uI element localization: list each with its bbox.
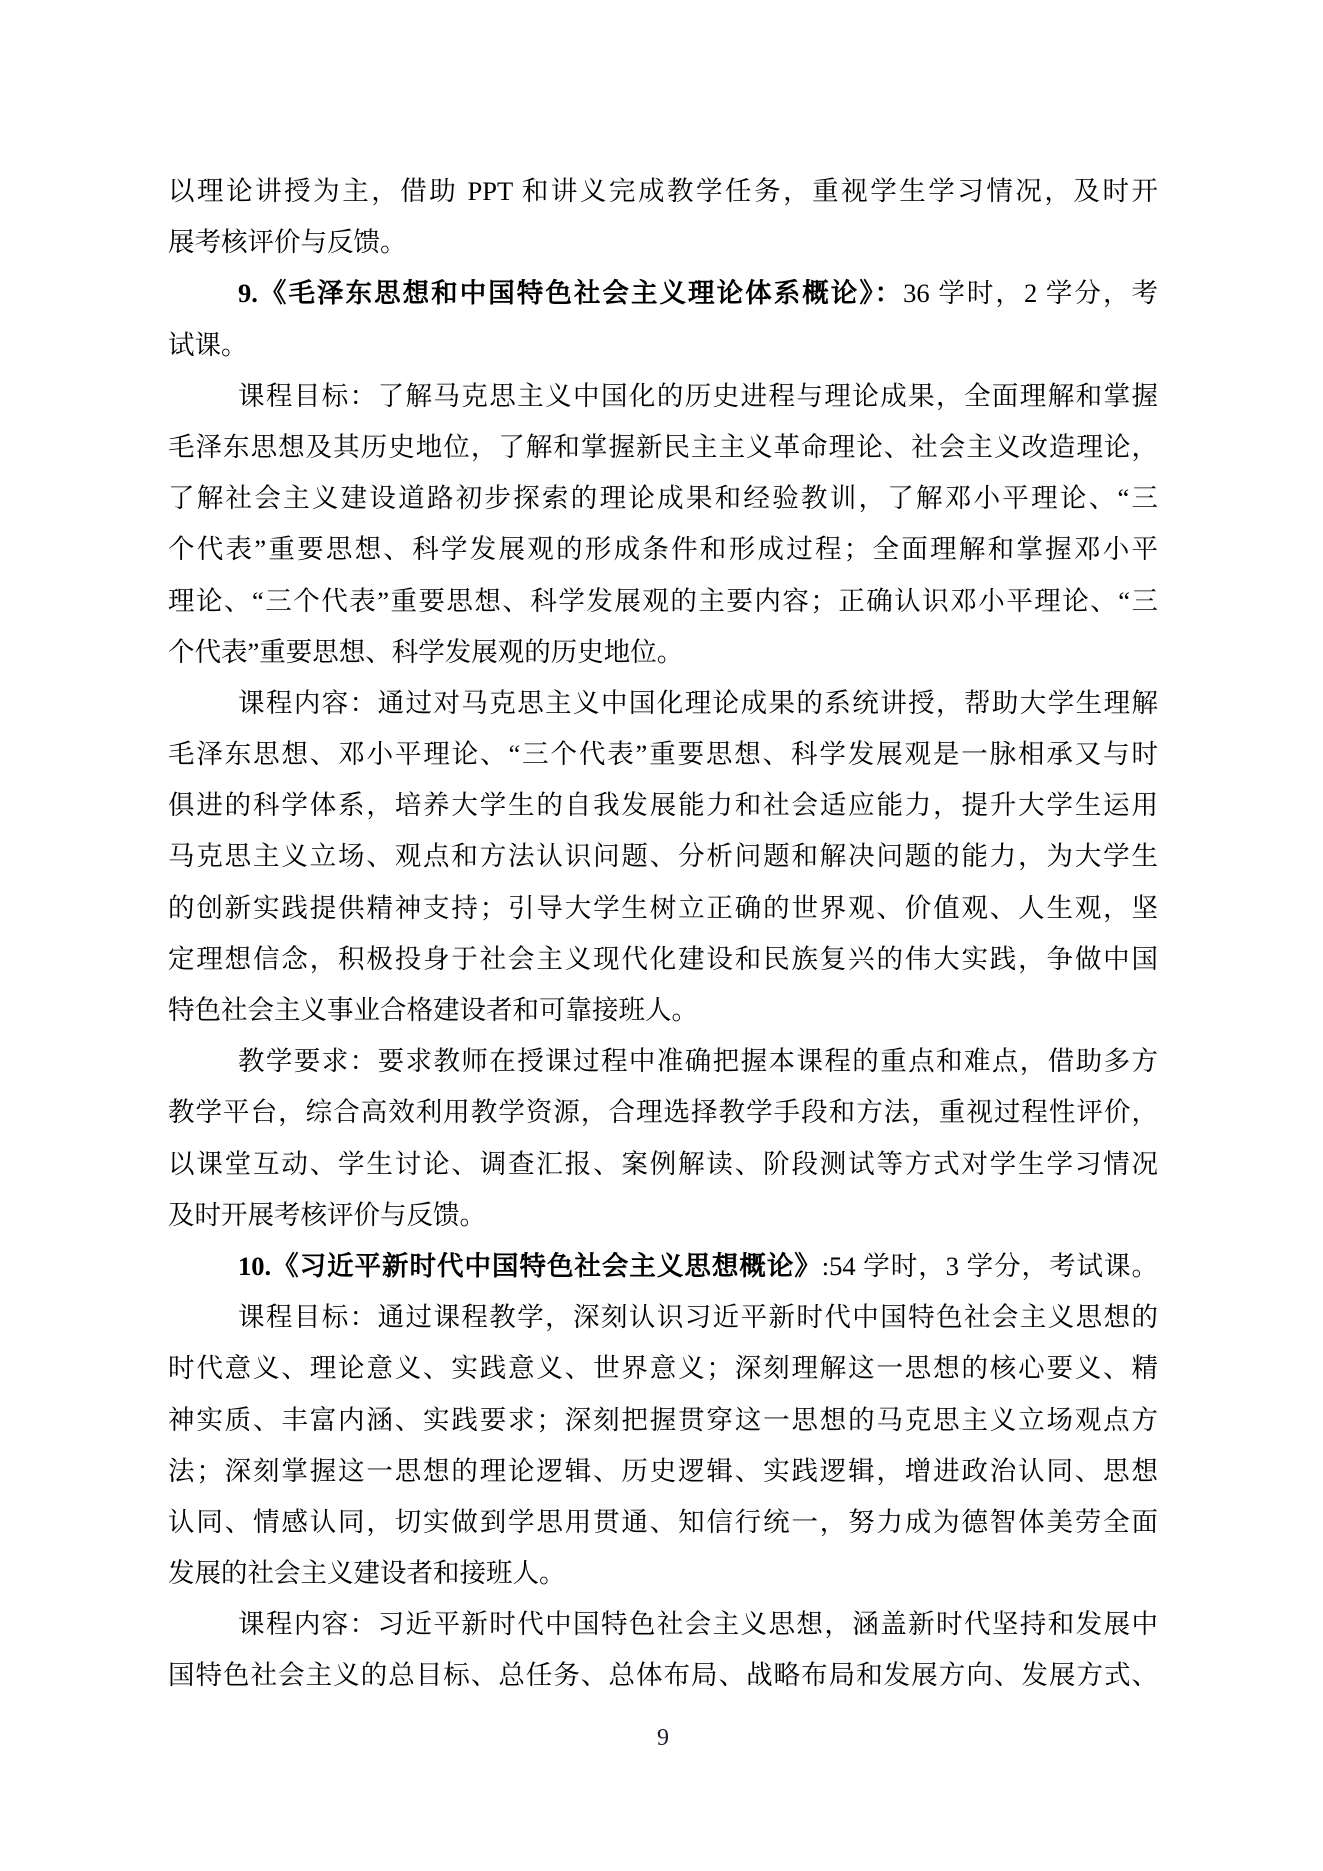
document-page: 以理论讲授为主，借助 PPT 和讲义完成教学任务，重视学生学习情况，及时开展考核… bbox=[0, 0, 1323, 1871]
document-body: 以理论讲授为主，借助 PPT 和讲义完成教学任务，重视学生学习情况，及时开展考核… bbox=[168, 166, 1158, 1702]
page-number: 9 bbox=[168, 1722, 1158, 1754]
text-line: 理论、“三个代表”重要思想、科学发展观的主要内容；正确认识邓小平理论、“三 bbox=[168, 576, 1158, 627]
text-segment: 教学平台，综合高效利用教学资源，合理选择教学手段和方法，重视过程性评价， bbox=[168, 1097, 1158, 1127]
text-line: 毛泽东思想、邓小平理论、“三个代表”重要思想、科学发展观是一脉相承又与时 bbox=[168, 729, 1158, 780]
text-line: 教学平台，综合高效利用教学资源，合理选择教学手段和方法，重视过程性评价， bbox=[168, 1087, 1158, 1138]
text-segment: 定理想信念，积极投身于社会主义现代化建设和民族复兴的伟大实践，争做中国 bbox=[168, 944, 1158, 974]
text-segment: 课程内容：习近平新时代中国特色社会主义思想，涵盖新时代坚持和发展中 bbox=[238, 1609, 1158, 1639]
text-segment: 36 学时，2 学分，考 bbox=[903, 278, 1158, 308]
text-line: 特色社会主义事业合格建设者和可靠接班人。 bbox=[168, 985, 1158, 1036]
text-line: 法；深刻掌握这一思想的理论逻辑、历史逻辑、实践逻辑，增进政治认同、思想 bbox=[168, 1446, 1158, 1497]
text-line: 发展的社会主义建设者和接班人。 bbox=[168, 1548, 1158, 1599]
text-line: 毛泽东思想及其历史地位，了解和掌握新民主主义革命理论、社会主义改造理论， bbox=[168, 422, 1158, 473]
text-segment: 课程内容：通过对马克思主义中国化理论成果的系统讲授，帮助大学生理解 bbox=[238, 688, 1158, 718]
text-segment: 认同、情感认同，切实做到学思用贯通、知信行统一，努力成为德智体美劳全面 bbox=[168, 1507, 1158, 1537]
text-segment: 国特色社会主义的总目标、总任务、总体布局、战略布局和发展方向、发展方式、 bbox=[168, 1660, 1158, 1690]
text-line: 的创新实践提供精神支持；引导大学生树立正确的世界观、价值观、人生观，坚 bbox=[168, 883, 1158, 934]
text-segment: 课程目标：通过课程教学，深刻认识习近平新时代中国特色社会主义思想的 bbox=[238, 1302, 1158, 1332]
text-line: 以课堂互动、学生讨论、调查汇报、案例解读、阶段测试等方式对学生学习情况 bbox=[168, 1139, 1158, 1190]
text-line: 以理论讲授为主，借助 PPT 和讲义完成教学任务，重视学生学习情况，及时开 bbox=[168, 166, 1158, 217]
text-line: 国特色社会主义的总目标、总任务、总体布局、战略布局和发展方向、发展方式、 bbox=[168, 1650, 1158, 1701]
text-line: 认同、情感认同，切实做到学思用贯通、知信行统一，努力成为德智体美劳全面 bbox=[168, 1497, 1158, 1548]
course-10-content-line: 课程内容：习近平新时代中国特色社会主义思想，涵盖新时代坚持和发展中 bbox=[168, 1599, 1158, 1650]
course-title-bold: 9.《毛泽东思想和中国特色社会主义理论体系概论》： bbox=[238, 278, 903, 308]
course-9-objectives-line: 课程目标：了解马克思主义中国化的历史进程与理论成果，全面理解和掌握 bbox=[168, 371, 1158, 422]
text-segment: 发展的社会主义建设者和接班人。 bbox=[168, 1558, 566, 1588]
text-line: 时代意义、理论意义、实践意义、世界意义；深刻理解这一思想的核心要义、精 bbox=[168, 1343, 1158, 1394]
text-segment: 试课。 bbox=[168, 330, 248, 360]
text-segment: 个代表”重要思想、科学发展观的历史地位。 bbox=[168, 637, 683, 667]
text-line: 个代表”重要思想、科学发展观的历史地位。 bbox=[168, 627, 1158, 678]
text-line: 个代表”重要思想、科学发展观的形成条件和形成过程；全面理解和掌握邓小平 bbox=[168, 524, 1158, 575]
text-segment: 毛泽东思想及其历史地位，了解和掌握新民主主义革命理论、社会主义改造理论， bbox=[168, 432, 1158, 462]
course-title-bold: 10.《习近平新时代中国特色社会主义思想概论》 bbox=[238, 1251, 822, 1281]
text-segment: 特色社会主义事业合格建设者和可靠接班人。 bbox=[168, 995, 698, 1025]
text-line: 定理想信念，积极投身于社会主义现代化建设和民族复兴的伟大实践，争做中国 bbox=[168, 934, 1158, 985]
text-segment: 的创新实践提供精神支持；引导大学生树立正确的世界观、价值观、人生观，坚 bbox=[168, 893, 1158, 923]
text-line: 马克思主义立场、观点和方法认识问题、分析问题和解决问题的能力，为大学生 bbox=[168, 831, 1158, 882]
text-line: 及时开展考核评价与反馈。 bbox=[168, 1190, 1158, 1241]
course-10-heading: 10.《习近平新时代中国特色社会主义思想概论》:54 学时，3 学分，考试课。 bbox=[168, 1241, 1158, 1292]
text-segment: 课程目标：了解马克思主义中国化的历史进程与理论成果，全面理解和掌握 bbox=[238, 381, 1158, 411]
course-9-requirements-line: 教学要求：要求教师在授课过程中准确把握本课程的重点和难点，借助多方 bbox=[168, 1036, 1158, 1087]
course-9-heading: 9.《毛泽东思想和中国特色社会主义理论体系概论》：36 学时，2 学分，考 bbox=[168, 268, 1158, 319]
text-line: 了解社会主义建设道路初步探索的理论成果和经验教训，了解邓小平理论、“三 bbox=[168, 473, 1158, 524]
course-10-objectives-line: 课程目标：通过课程教学，深刻认识习近平新时代中国特色社会主义思想的 bbox=[168, 1292, 1158, 1343]
text-segment: 毛泽东思想、邓小平理论、“三个代表”重要思想、科学发展观是一脉相承又与时 bbox=[168, 739, 1158, 769]
text-segment: 法；深刻掌握这一思想的理论逻辑、历史逻辑、实践逻辑，增进政治认同、思想 bbox=[168, 1456, 1158, 1486]
text-segment: 展考核评价与反馈。 bbox=[168, 227, 407, 257]
text-segment: :54 学时，3 学分，考试课。 bbox=[822, 1251, 1158, 1281]
text-segment: 以课堂互动、学生讨论、调查汇报、案例解读、阶段测试等方式对学生学习情况 bbox=[168, 1149, 1158, 1179]
text-segment: 以理论讲授为主，借助 PPT 和讲义完成教学任务，重视学生学习情况，及时开 bbox=[168, 176, 1158, 206]
text-segment: 马克思主义立场、观点和方法认识问题、分析问题和解决问题的能力，为大学生 bbox=[168, 841, 1158, 871]
text-line: 试课。 bbox=[168, 320, 1158, 371]
text-segment: 俱进的科学体系，培养大学生的自我发展能力和社会适应能力，提升大学生运用 bbox=[168, 790, 1158, 820]
text-segment: 了解社会主义建设道路初步探索的理论成果和经验教训，了解邓小平理论、“三 bbox=[168, 483, 1158, 513]
text-line: 俱进的科学体系，培养大学生的自我发展能力和社会适应能力，提升大学生运用 bbox=[168, 780, 1158, 831]
text-segment: 理论、“三个代表”重要思想、科学发展观的主要内容；正确认识邓小平理论、“三 bbox=[168, 586, 1158, 616]
text-segment: 时代意义、理论意义、实践意义、世界意义；深刻理解这一思想的核心要义、精 bbox=[168, 1353, 1158, 1383]
text-segment: 教学要求：要求教师在授课过程中准确把握本课程的重点和难点，借助多方 bbox=[238, 1046, 1158, 1076]
text-line: 神实质、丰富内涵、实践要求；深刻把握贯穿这一思想的马克思主义立场观点方 bbox=[168, 1395, 1158, 1446]
text-line: 展考核评价与反馈。 bbox=[168, 217, 1158, 268]
text-segment: 及时开展考核评价与反馈。 bbox=[168, 1200, 486, 1230]
text-segment: 神实质、丰富内涵、实践要求；深刻把握贯穿这一思想的马克思主义立场观点方 bbox=[168, 1405, 1158, 1435]
text-segment: 个代表”重要思想、科学发展观的形成条件和形成过程；全面理解和掌握邓小平 bbox=[168, 534, 1158, 564]
course-9-content-line: 课程内容：通过对马克思主义中国化理论成果的系统讲授，帮助大学生理解 bbox=[168, 678, 1158, 729]
